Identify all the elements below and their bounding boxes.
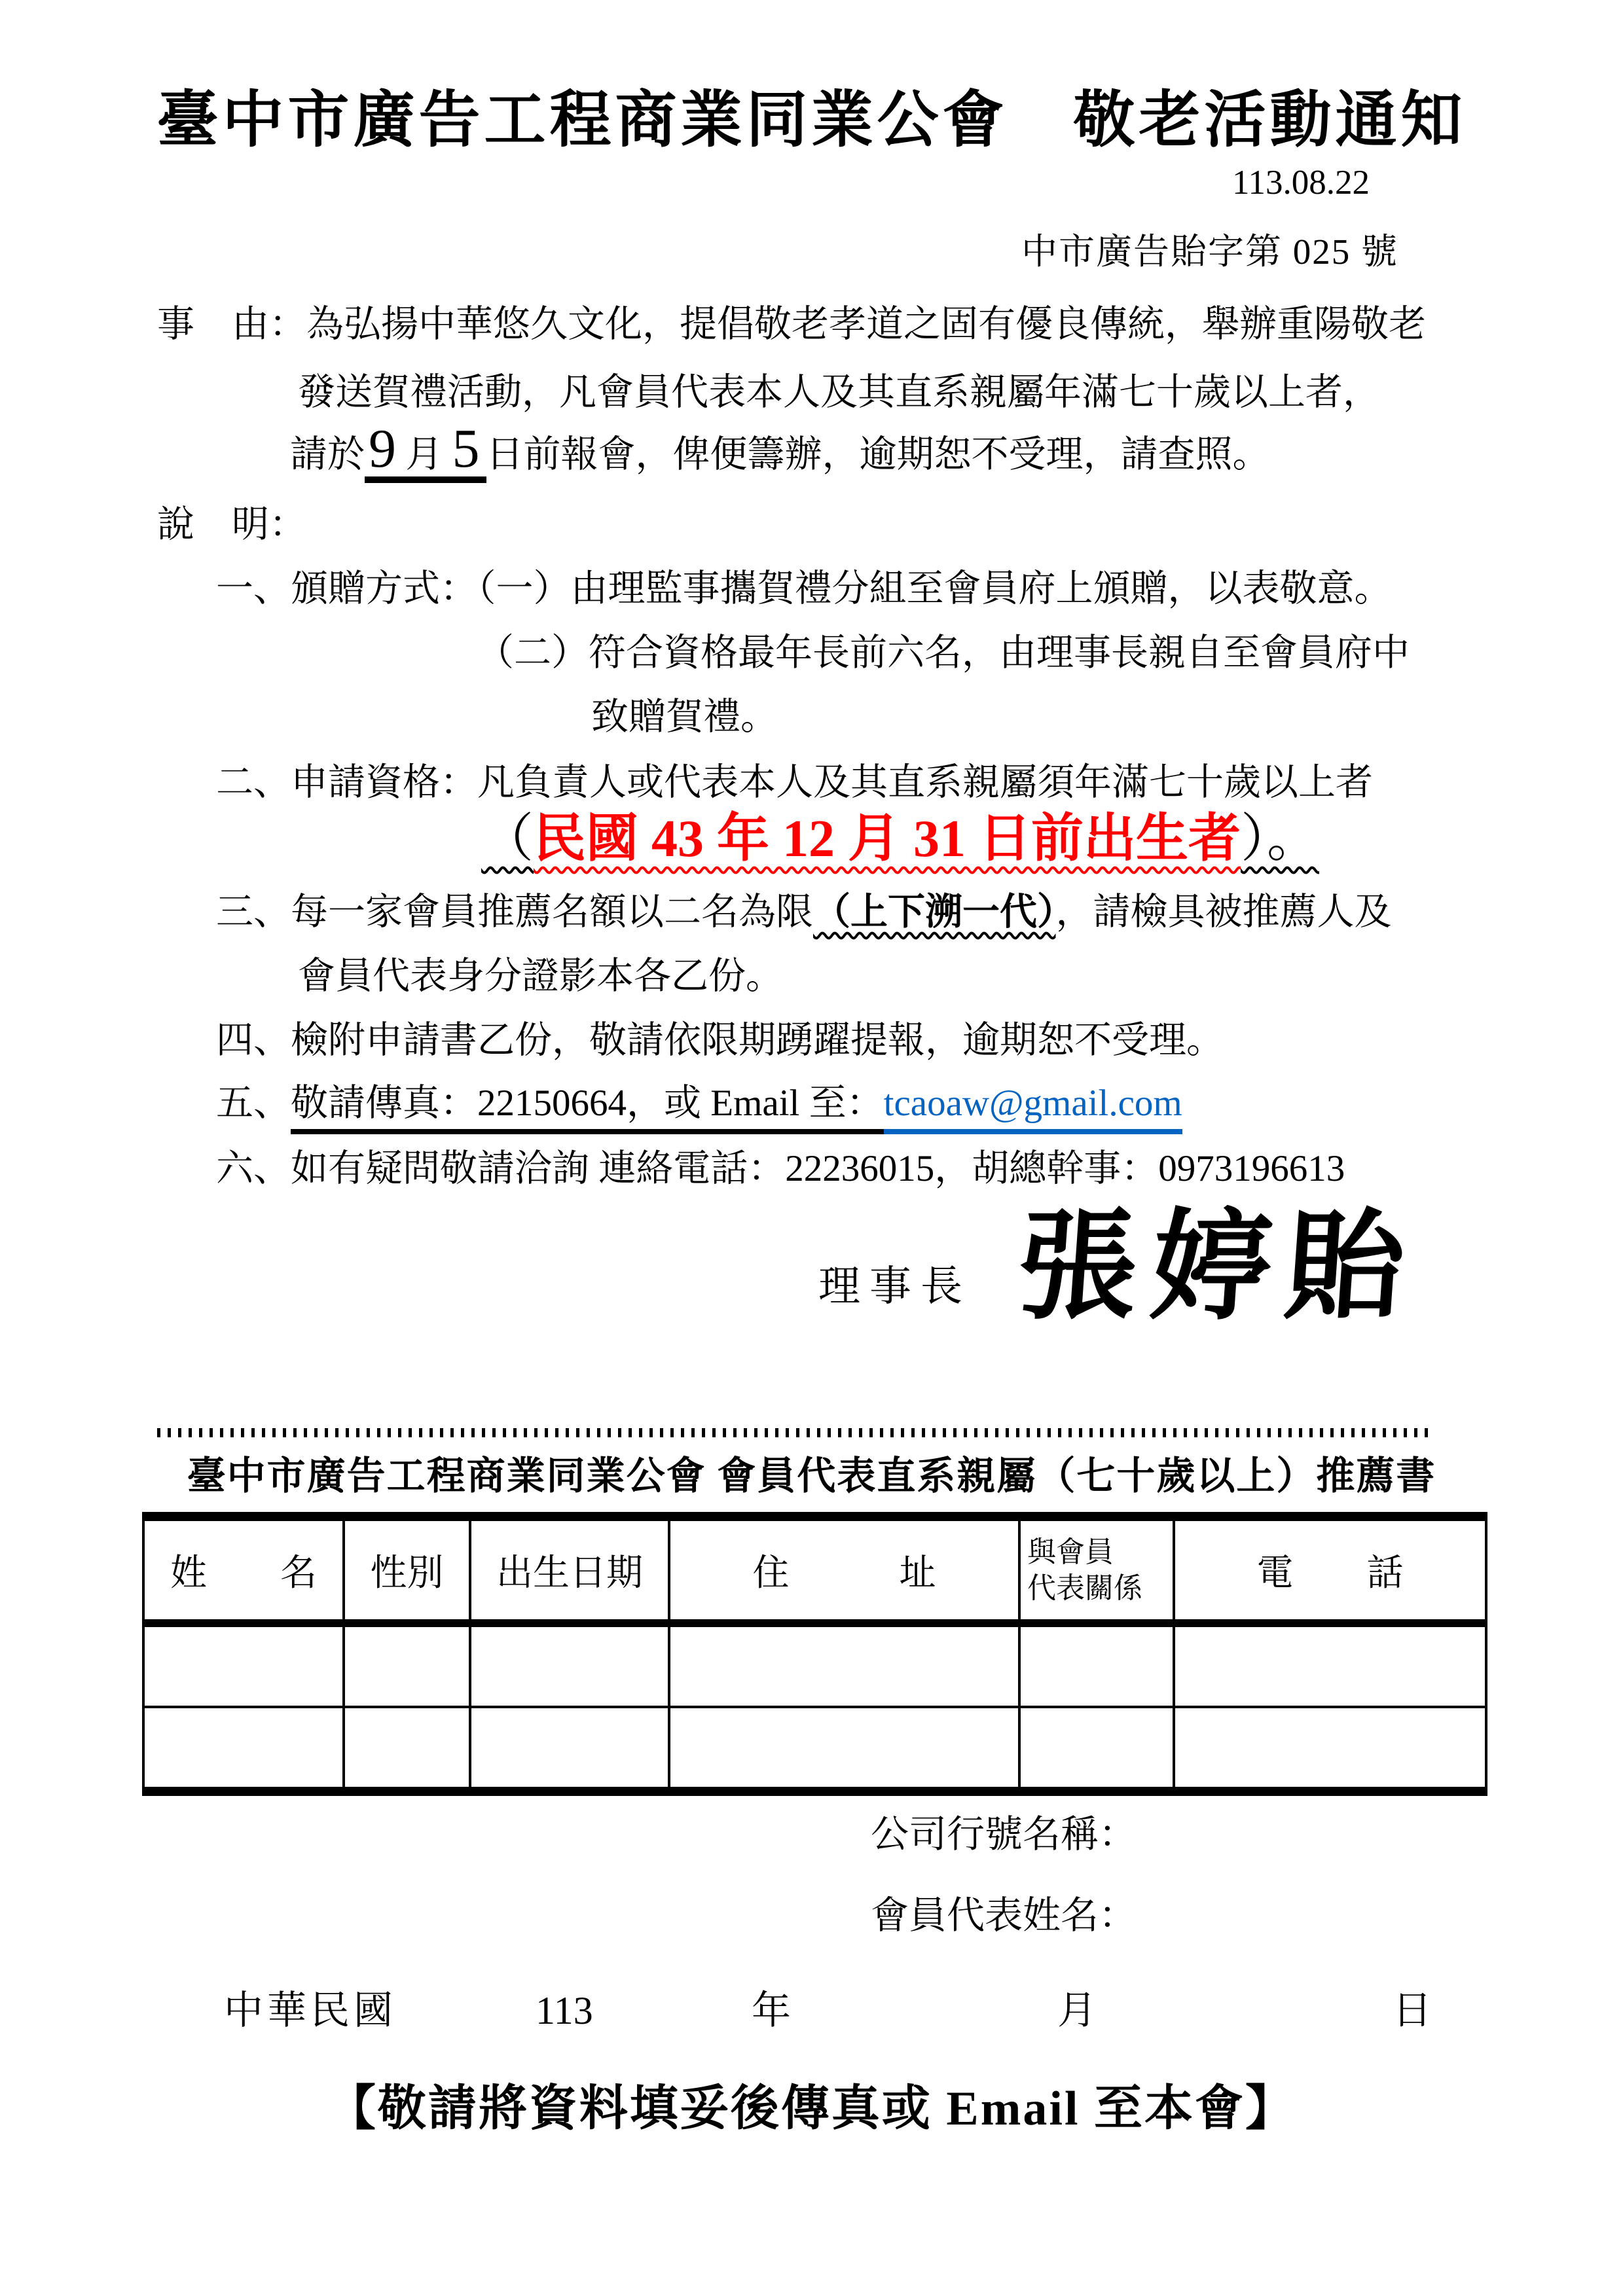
explanation-label: 說 明： — [157, 503, 306, 547]
deadline-month-unit: 月 — [396, 434, 452, 475]
roc-day-unit: 日 — [1393, 1987, 1432, 2034]
cell-phone — [1174, 1707, 1486, 1791]
item-3-generation-note: （上下溯一代） — [813, 891, 1056, 933]
header-relation: 與會員 代表關係 — [1019, 1516, 1174, 1623]
email-link[interactable]: tcaoaw@gmail.com — [884, 1083, 1182, 1134]
header-relation-line1: 與會員 — [1027, 1534, 1173, 1570]
explanation-item-1: 一、頒贈方式：（一）由理監事攜賀禮分組至會員府上頒贈，以表敬意。 — [216, 567, 1392, 611]
deadline-month-number: 9 — [369, 418, 396, 479]
item-5-number: 五、 — [216, 1083, 291, 1124]
cell-gender — [344, 1623, 470, 1707]
deadline-underlined: 9 月 5 — [365, 434, 486, 483]
birthdate-highlight-red: 民國 43 年 12 月 31 日前出生者 — [534, 810, 1241, 868]
notice-document-page: 臺中市廣告工程商業同業公會 敬老活動通知 113.08.22 中市廣告貽字第 0… — [0, 0, 1623, 2296]
subject-line-3: 請於9 月 5日前報會，俾便籌辦，逾期恕不受理，請查照。 — [290, 427, 1270, 477]
fax-contact-underlined: 敬請傳真：22150664，或 Email 至： — [291, 1083, 884, 1134]
cell-birthdate — [470, 1623, 669, 1707]
roc-era: 中華民國 — [224, 1987, 397, 2034]
cell-gender — [344, 1707, 470, 1791]
paren-open: （ — [481, 810, 534, 868]
subject-line-1: 事 由：為弘揚中華悠久文化，提倡敬老孝道之固有優良傳統，舉辦重陽敬老 — [157, 302, 1426, 347]
document-date: 113.08.22 — [1232, 162, 1370, 204]
cell-birthdate — [470, 1707, 669, 1791]
explanation-item-4: 四、檢附申請書乙份，敬請依限期踴躍提報，逾期恕不受理。 — [216, 1018, 1224, 1063]
cell-address — [669, 1707, 1019, 1791]
deadline-day-number: 5 — [452, 418, 480, 479]
explanation-item-1-cont-1: （二）符合資格最年長前六名，由理事長親自至會員府中 — [477, 631, 1410, 675]
page-title: 臺中市廣告工程商業同業公會 敬老活動通知 — [0, 84, 1623, 158]
explanation-item-5: 五、敬請傳真：22150664，或 Email 至：tcaoaw@gmail.c… — [216, 1081, 1182, 1126]
bottom-instruction-note: 【敬請將資料填妥後傳真或 Email 至本會】 — [0, 2080, 1623, 2138]
item-3-pre: 三、每一家會員推薦名額以二名為限 — [216, 891, 813, 933]
recommendation-table: 姓 名 性別 出生日期 住 址 與會員 代表關係 電 話 — [142, 1512, 1487, 1796]
cell-relation — [1019, 1707, 1174, 1791]
explanation-item-1-cont-2: 致贈賀禮。 — [591, 695, 778, 740]
explanation-item-6: 六、如有疑問敬請洽詢 連絡電話：22236015，胡總幹事：0973196613 — [216, 1147, 1345, 1191]
header-address: 住 址 — [669, 1516, 1019, 1623]
explanation-item-3-cont: 會員代表身分證影本各乙份。 — [298, 954, 783, 999]
cell-relation — [1019, 1623, 1174, 1707]
subject-line-3-post: 日前報會，俾便籌辦，逾期恕不受理，請查照。 — [486, 434, 1270, 475]
explanation-item-3: 三、每一家會員推薦名額以二名為限（上下溯一代），請檢具被推薦人及 — [216, 890, 1392, 935]
subject-line-3-pre: 請於 — [290, 434, 365, 475]
header-gender: 性別 — [344, 1516, 470, 1623]
chairman-signature-name: 張婷貽 — [1013, 1203, 1423, 1334]
dotted-divider — [157, 1427, 1429, 1437]
recommendation-form-title: 臺中市廣告工程商業同業公會 會員代表直系親屬（七十歲以上）推薦書 — [0, 1453, 1623, 1499]
document-number: 中市廣告貽字第 025 號 — [1021, 230, 1398, 274]
chairman-title: 理事長 — [818, 1262, 972, 1312]
header-relation-line2: 代表關係 — [1027, 1570, 1173, 1606]
subject-line-2: 發送賀禮活動，凡會員代表本人及其直系親屬年滿七十歲以上者， — [298, 370, 1380, 415]
explanation-item-2: 二、申請資格：凡負責人或代表本人及其直系親屬須年滿七十歲以上者 — [216, 761, 1373, 805]
roc-year-unit: 年 — [752, 1987, 791, 2034]
roc-month-unit: 月 — [1057, 1987, 1097, 2034]
explanation-item-2-birthdate: （民國 43 年 12 月 31 日前出生者）。 — [481, 810, 1319, 868]
table-row — [143, 1707, 1486, 1791]
company-name-label: 公司行號名稱： — [871, 1812, 1137, 1857]
cell-name — [143, 1623, 344, 1707]
table-header-row: 姓 名 性別 出生日期 住 址 與會員 代表關係 電 話 — [143, 1516, 1486, 1623]
header-name: 姓 名 — [143, 1516, 344, 1623]
paren-close: ）。 — [1241, 810, 1319, 868]
table-row — [143, 1623, 1486, 1707]
cell-address — [669, 1623, 1019, 1707]
item-3-post: ，請檢具被推薦人及 — [1056, 891, 1392, 933]
header-phone: 電 話 — [1174, 1516, 1486, 1623]
member-representative-label: 會員代表姓名： — [871, 1893, 1137, 1939]
cell-phone — [1174, 1623, 1486, 1707]
cell-name — [143, 1707, 344, 1791]
roc-year: 113 — [536, 1987, 593, 2034]
header-birthdate: 出生日期 — [470, 1516, 669, 1623]
